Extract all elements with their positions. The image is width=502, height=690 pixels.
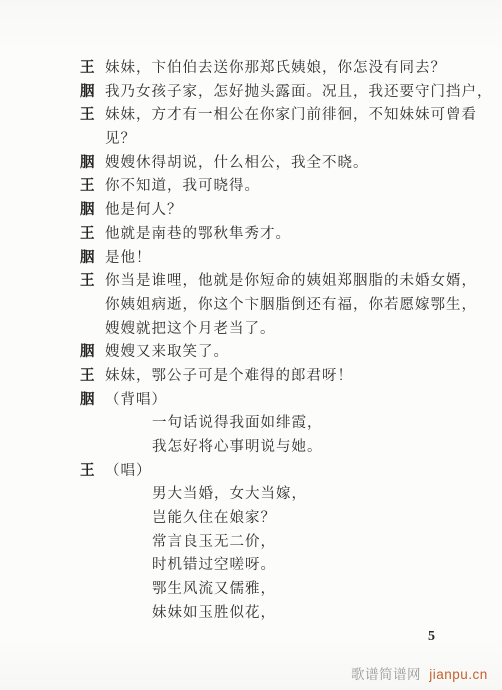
line-text: 他是何人？ — [105, 199, 183, 223]
speaker-label: 王 — [80, 223, 96, 247]
speaker-label: 王 — [80, 175, 96, 199]
line-text: 嫂嫂休得胡说，什么相公，我全不晓。 — [105, 152, 369, 176]
page-number: 5 — [428, 629, 435, 645]
line-text: 嫂嫂就把这个月老当了。 — [105, 318, 276, 342]
script-line: 你姨姐病逝，你这个卞胭脂倒还有福，你若愿嫁鄂生， — [0, 294, 502, 318]
script-line: 胭 我乃女孩子家，怎好抛头露面。况且，我还要守门挡户， — [0, 81, 502, 105]
script-line: 常言良玉无二价， — [0, 531, 502, 555]
speaker-label: 胭 — [80, 389, 96, 413]
speaker-label: 胭 — [80, 247, 96, 271]
watermark: 歌谱简谱网 jianpu.cn — [351, 663, 488, 683]
speaker-label: 胭 — [80, 81, 96, 105]
script-line: 胭 是他！ — [0, 247, 502, 271]
line-text: 男大当婚，女大当嫁， — [152, 483, 307, 507]
line-text: 你当是谁哩，他就是你短命的姨姐郑胭脂的未婚女婿， — [105, 270, 477, 294]
script-line: 岂能久住在娘家？ — [0, 507, 502, 531]
line-text: 时机错过空嗟呀。 — [152, 554, 276, 578]
scanned-script-page: 王 妹妹，卞伯伯去送你那郑氏姨娘，你怎没有同去？ 胭 我乃女孩子家，怎好抛头露面… — [0, 0, 502, 690]
watermark-site-url: jianpu.cn — [429, 667, 488, 682]
script-line: 胭 嫂嫂休得胡说，什么相公，我全不晓。 — [0, 152, 502, 176]
speaker-label: 王 — [80, 460, 96, 484]
line-text: 我乃女孩子家，怎好抛头露面。况且，我还要守门挡户， — [105, 81, 493, 105]
script-line: 胭 （背唱） — [0, 389, 502, 413]
script-line: 一句话说得我面如绯霞， — [0, 412, 502, 436]
line-text: 我怎好将心事明说与她。 — [152, 436, 323, 460]
line-text: 见？ — [105, 128, 136, 152]
line-text: 岂能久住在娘家？ — [152, 507, 276, 531]
line-text: 妹妹，鄂公子可是个难得的郎君呀！ — [105, 365, 353, 389]
line-text: 常言良玉无二价， — [152, 531, 276, 555]
speaker-label: 胭 — [80, 341, 96, 365]
script-line: 妹妹如玉胜似花， — [0, 602, 502, 626]
line-text: （唱） — [105, 460, 152, 484]
watermark-site-name: 歌谱简谱网 — [351, 667, 421, 682]
speaker-label: 王 — [80, 365, 96, 389]
line-text: 你不知道，我可晓得。 — [105, 175, 260, 199]
script-line: 王 你不知道，我可晓得。 — [0, 175, 502, 199]
script-line: 王 妹妹，鄂公子可是个难得的郎君呀！ — [0, 365, 502, 389]
script-line: 王 （唱） — [0, 460, 502, 484]
speaker-label: 胭 — [80, 152, 96, 176]
line-text: 是他！ — [105, 247, 152, 271]
script-line: 王 妹妹，卞伯伯去送你那郑氏姨娘，你怎没有同去？ — [0, 57, 502, 81]
script-line: 王 他就是南巷的鄂秋隼秀才。 — [0, 223, 502, 247]
line-text: 妹妹如玉胜似花， — [152, 602, 276, 626]
script-line: 胭 嫂嫂又来取笑了。 — [0, 341, 502, 365]
line-text: 他就是南巷的鄂秋隼秀才。 — [105, 223, 291, 247]
line-text: 鄂生风流又儒雅， — [152, 578, 276, 602]
speaker-label: 王 — [80, 270, 96, 294]
speaker-label: 胭 — [80, 199, 96, 223]
line-text: 一句话说得我面如绯霞， — [152, 412, 323, 436]
speaker-label: 王 — [80, 104, 96, 128]
script-line: 鄂生风流又儒雅， — [0, 578, 502, 602]
script-line: 男大当婚，女大当嫁， — [0, 483, 502, 507]
line-text: （背唱） — [105, 389, 167, 413]
script-line: 我怎好将心事明说与她。 — [0, 436, 502, 460]
script-line: 见？ — [0, 128, 502, 152]
line-text: 妹妹，方才有一相公在你家门前徘徊，不知妹妹可曾看 — [105, 104, 477, 128]
line-text: 妹妹，卞伯伯去送你那郑氏姨娘，你怎没有同去？ — [105, 57, 446, 81]
script-line: 嫂嫂就把这个月老当了。 — [0, 318, 502, 342]
script-line: 时机错过空嗟呀。 — [0, 554, 502, 578]
speaker-label: 王 — [80, 57, 96, 81]
script-line: 胭 他是何人？ — [0, 199, 502, 223]
script-line: 王 你当是谁哩，他就是你短命的姨姐郑胭脂的未婚女婿， — [0, 270, 502, 294]
line-text: 你姨姐病逝，你这个卞胭脂倒还有福，你若愿嫁鄂生， — [105, 294, 477, 318]
script-lines: 王 妹妹，卞伯伯去送你那郑氏姨娘，你怎没有同去？ 胭 我乃女孩子家，怎好抛头露面… — [0, 57, 502, 626]
script-line: 王 妹妹，方才有一相公在你家门前徘徊，不知妹妹可曾看 — [0, 104, 502, 128]
line-text: 嫂嫂又来取笑了。 — [105, 341, 229, 365]
